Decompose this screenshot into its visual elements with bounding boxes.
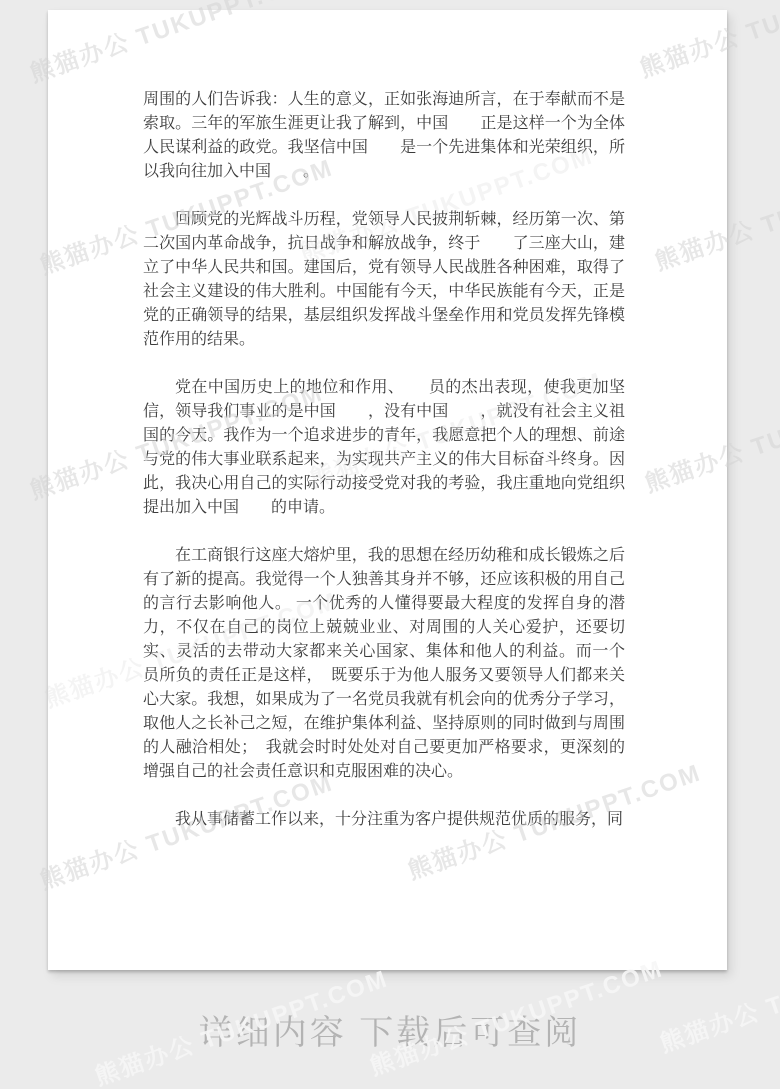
document-page: 周围的人们告诉我：人生的意义，正如张海迪所言，在于奉献而不是索取。三年的军旅生涯… [48,10,727,970]
paragraph: 周围的人们告诉我：人生的意义，正如张海迪所言，在于奉献而不是索取。三年的军旅生涯… [143,88,625,184]
paragraph: 在工商银行这座大熔炉里，我的思想在经历幼稚和成长锻炼之后有了新的提高。我觉得一个… [143,544,625,784]
footer-strip: 详细内容 下载后可查阅 [0,970,780,1089]
document-preview-canvas: 熊猫办公 TUKUPPT.COM熊猫办公 TUKUPPT.COM熊猫办公 TUK… [0,0,780,1089]
paragraph: 党在中国历史上的地位和作用、 员的杰出表现，使我更加坚信，领导我们事业的是中国 … [143,376,625,520]
paragraph: 我从事储蓄工作以来，十分注重为客户提供规范优质的服务，同 [143,808,625,832]
document-body: 周围的人们告诉我：人生的意义，正如张海迪所言，在于奉献而不是索取。三年的军旅生涯… [143,88,625,832]
preview-caption: 详细内容 下载后可查阅 [199,1005,581,1054]
paragraph: 回顾党的光辉战斗历程，党领导人民披荆斩棘，经历第一次、第二次国内革命战争，抗日战… [143,208,625,352]
